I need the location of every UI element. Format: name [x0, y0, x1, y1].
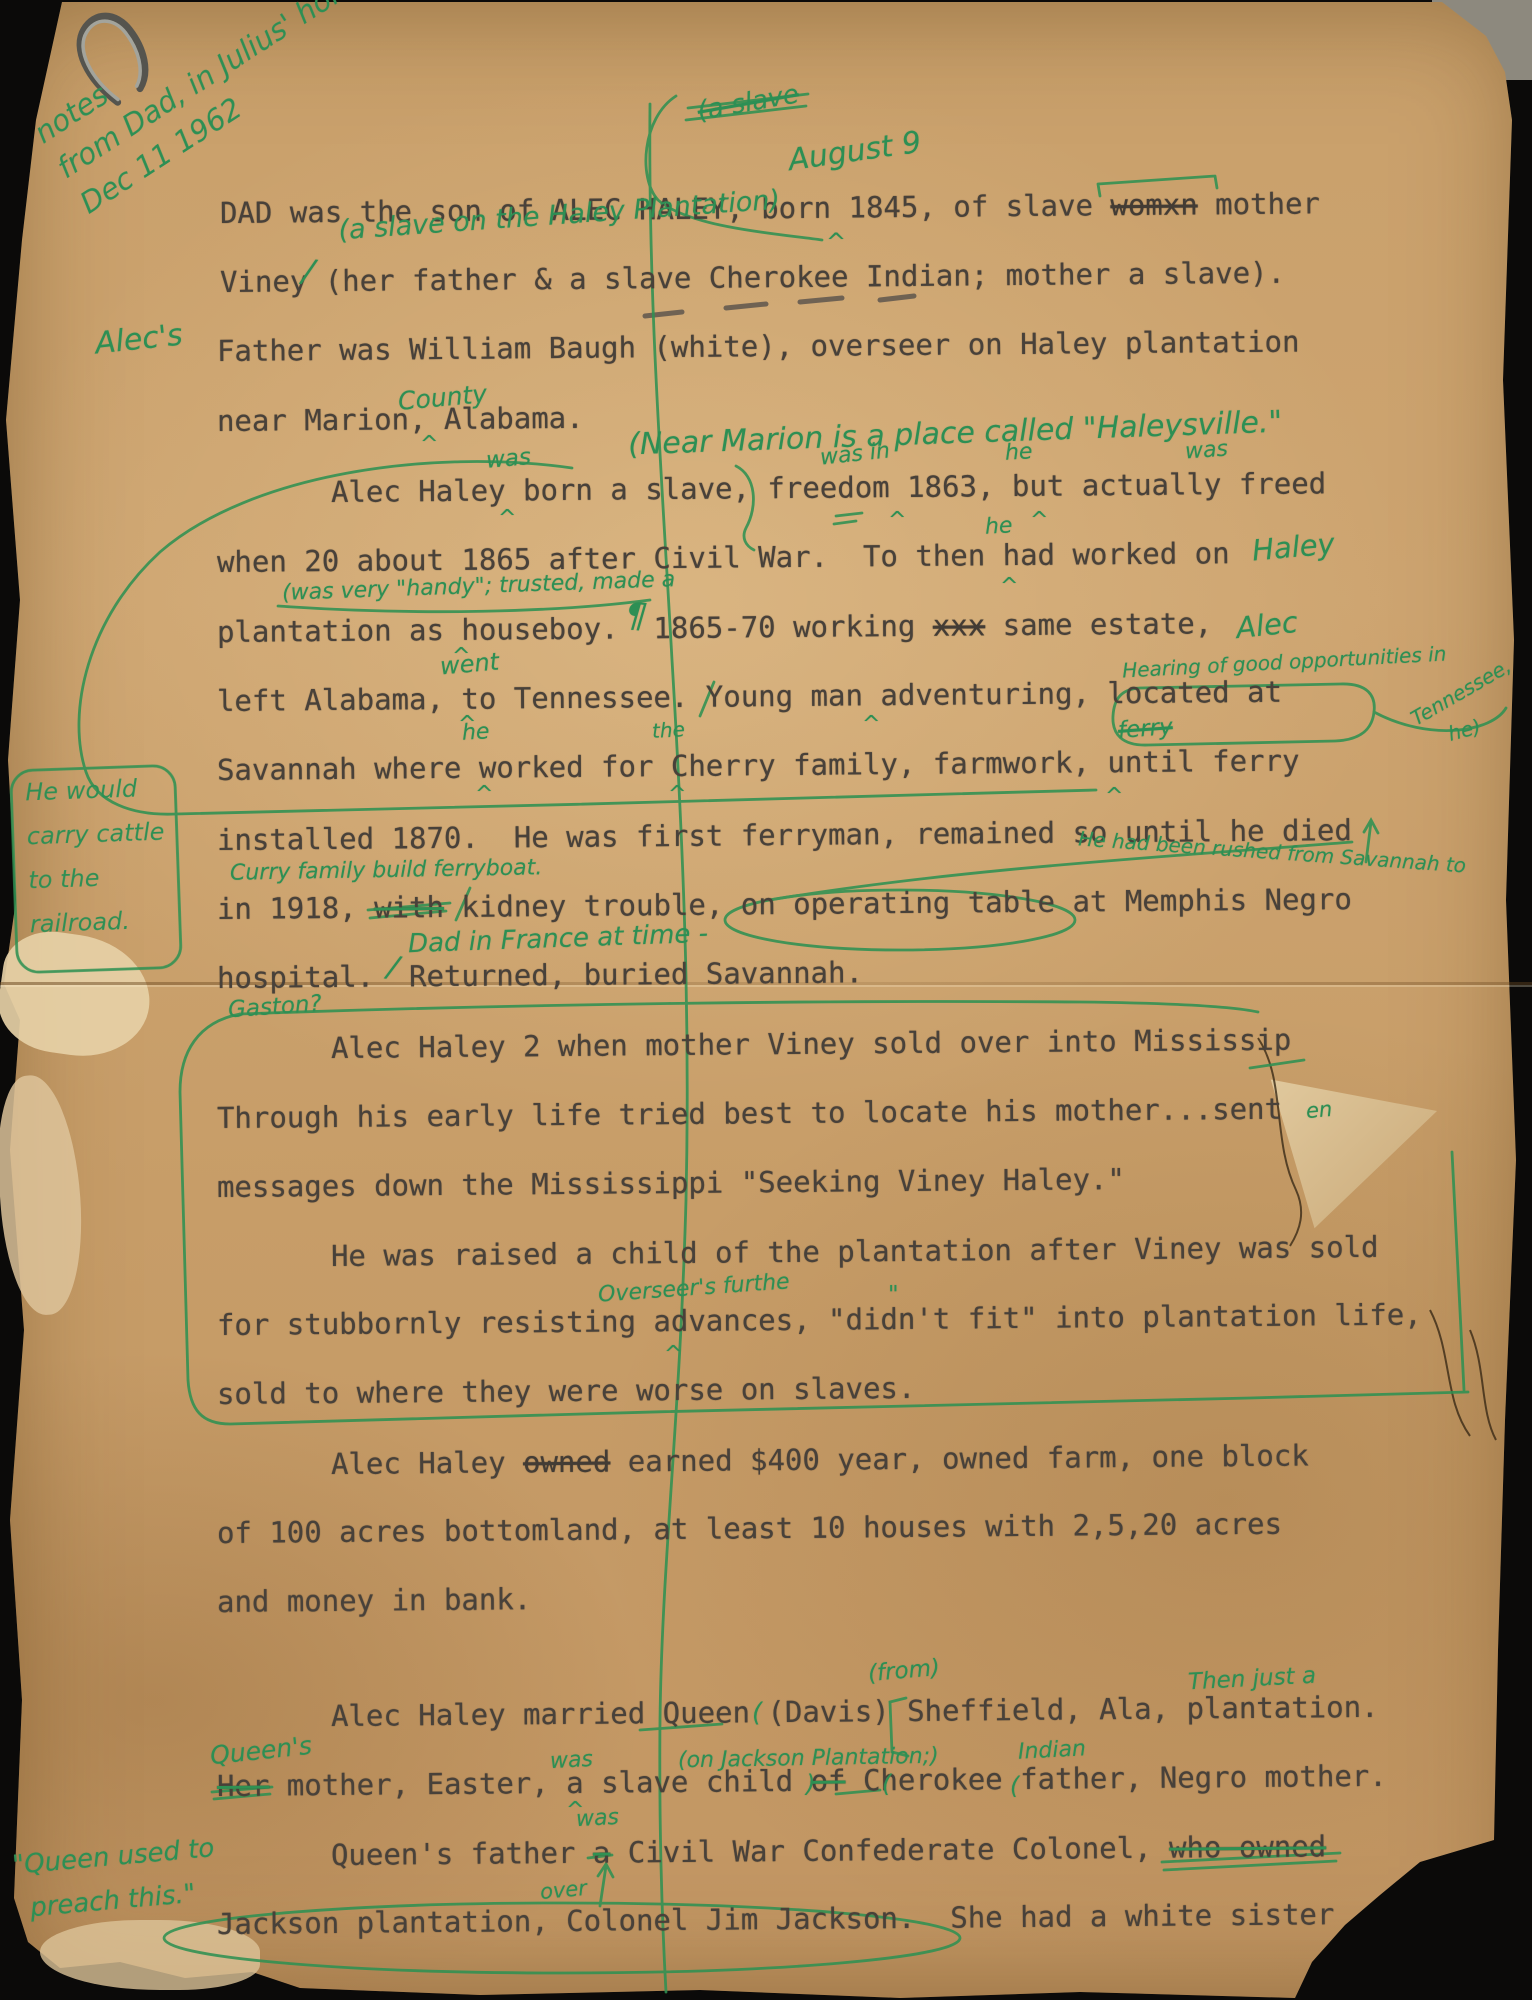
- insert-arrow-up: [598, 1864, 613, 1906]
- handwritten-note: he: [984, 513, 1013, 539]
- caret-mark: ^: [826, 228, 846, 256]
- handwritten-note: (: [882, 1770, 891, 1798]
- typed-line: hospital. Returned, buried Savannah.: [217, 955, 863, 995]
- handwritten-note: was: [1184, 437, 1229, 465]
- handwritten-note: went: [439, 647, 500, 680]
- caret-mark: ^: [420, 432, 438, 457]
- typed-struck-word: owned: [523, 1445, 611, 1480]
- paragraph-bracket-top: [240, 1002, 1258, 1015]
- handwritten-note: was: [549, 1747, 593, 1774]
- handwritten-note: ": [888, 1282, 899, 1308]
- freedom-dashes: [834, 513, 862, 524]
- typed-text: hospital. Returned, buried Savannah.: [217, 955, 863, 995]
- margin-note-line: carry cattle: [12, 809, 177, 859]
- typed-text: same estate,: [985, 606, 1212, 642]
- typed-text: mother: [1198, 186, 1321, 221]
- caret-mark: ^: [668, 782, 686, 807]
- handwritten-note: ¶: [624, 595, 649, 637]
- caret-mark: ^: [498, 506, 516, 531]
- typed-text: Civil War Confederate Colonel,: [610, 1831, 1169, 1870]
- scanned-document-page: notesfrom Dad, in Julius' homeDec 11 196…: [0, 0, 1532, 2000]
- handwritten-note: Alec: [1234, 605, 1299, 645]
- caret-mark: ^: [888, 508, 906, 533]
- handwritten-note: Haley: [1251, 526, 1336, 567]
- margin-note-line: to the: [14, 853, 179, 903]
- handwritten-note: (on Jackson Plantation;): [678, 1744, 939, 1774]
- typed-line: and money in bank.: [217, 1582, 532, 1619]
- paragraph-bracket-left-bottom: [180, 1014, 1468, 1424]
- handwritten-note: (: [752, 1698, 762, 1728]
- handwritten-note: ferry: [1117, 714, 1173, 744]
- handwritten-note: was: [575, 1805, 619, 1832]
- typed-struck-word: Her: [217, 1769, 270, 1803]
- typed-text: in 1918,: [217, 891, 374, 926]
- typed-text: and money in bank.: [217, 1582, 532, 1619]
- typed-struck-word: with: [374, 890, 444, 925]
- caret-mark: ^: [862, 712, 880, 737]
- margin-note-line: railroad.: [15, 897, 180, 947]
- typed-struck-word: who owned: [1169, 1829, 1326, 1864]
- typed-struck-word: xxx: [933, 608, 986, 642]
- paragraph-bracket-right: [1452, 1152, 1464, 1390]
- handwritten-note: (: [1010, 1772, 1019, 1800]
- caret-mark: ^: [1030, 508, 1048, 533]
- caret-mark: ^: [664, 1342, 682, 1367]
- typed-text: earned $400 year, owned farm, one block: [610, 1438, 1309, 1478]
- handwritten-note: Indian: [1017, 1736, 1086, 1765]
- typed-struck-word: a: [593, 1836, 611, 1870]
- handwritten-note: he: [461, 719, 490, 745]
- typed-text: Alec Haley: [331, 1445, 523, 1481]
- handwritten-note: en: [1305, 1097, 1333, 1123]
- typed-text: Queen's father: [331, 1836, 593, 1872]
- handwritten-note: the: [651, 717, 685, 743]
- margin-note-box: He wouldcarry cattleto therailroad.: [11, 765, 182, 973]
- typed-struck-word: womxn: [1110, 187, 1198, 222]
- typed-text: sold to where they were worse on slaves.: [217, 1371, 916, 1411]
- paragraph-bracket-dash: [1250, 1060, 1304, 1068]
- typed-line: sold to where they were worse on slaves.: [217, 1371, 916, 1411]
- caret-mark: ^: [1000, 574, 1018, 599]
- long-underline: [176, 790, 1096, 814]
- handwritten-note: over: [539, 1876, 588, 1904]
- typed-text: plantation as houseboy. 1865-70 working: [217, 609, 933, 649]
- handwritten-note: was: [485, 444, 532, 474]
- handwritten-note: ): [806, 1770, 815, 1798]
- handwritten-note: he: [1004, 439, 1033, 465]
- margin-note-line: He would: [11, 765, 176, 815]
- caret-mark: ^: [1105, 784, 1123, 809]
- caret-mark: ^: [475, 782, 493, 807]
